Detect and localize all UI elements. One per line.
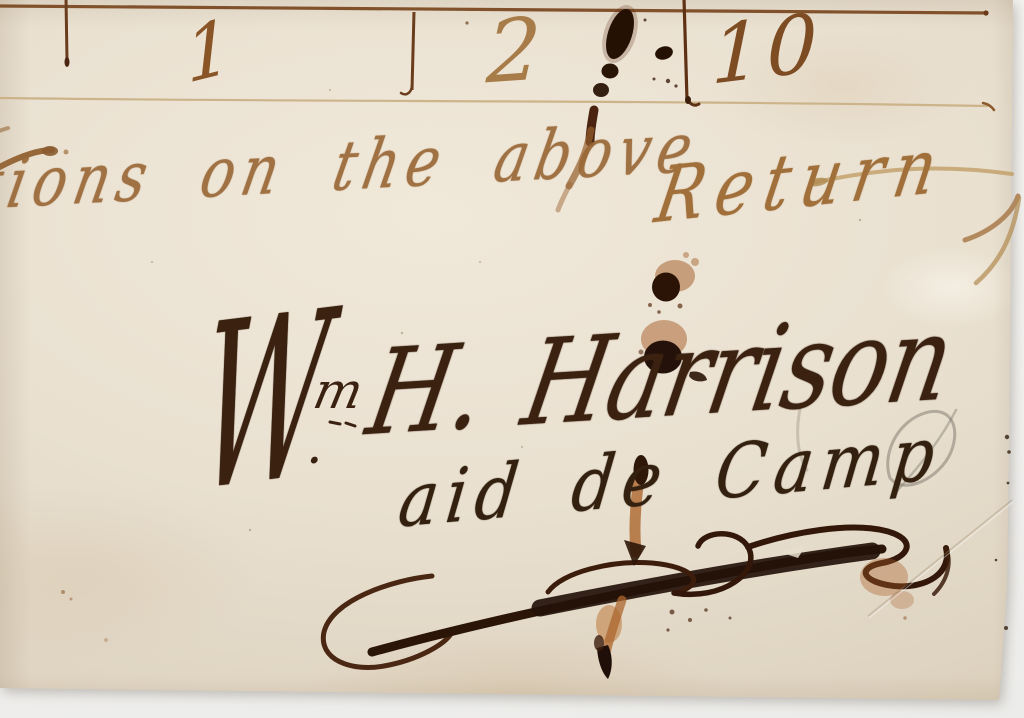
signature-superscript-underline xyxy=(330,422,355,426)
cell-value-first: 1 xyxy=(183,9,234,95)
document-photo: 1 2 10 tions on the above Return W m . H… xyxy=(0,0,1024,718)
cell-value-third: 10 xyxy=(711,2,823,96)
ink-blot-cluster-top xyxy=(593,1,678,97)
cell-value-second: 2 xyxy=(485,6,543,96)
signature-punct: . xyxy=(306,420,323,472)
